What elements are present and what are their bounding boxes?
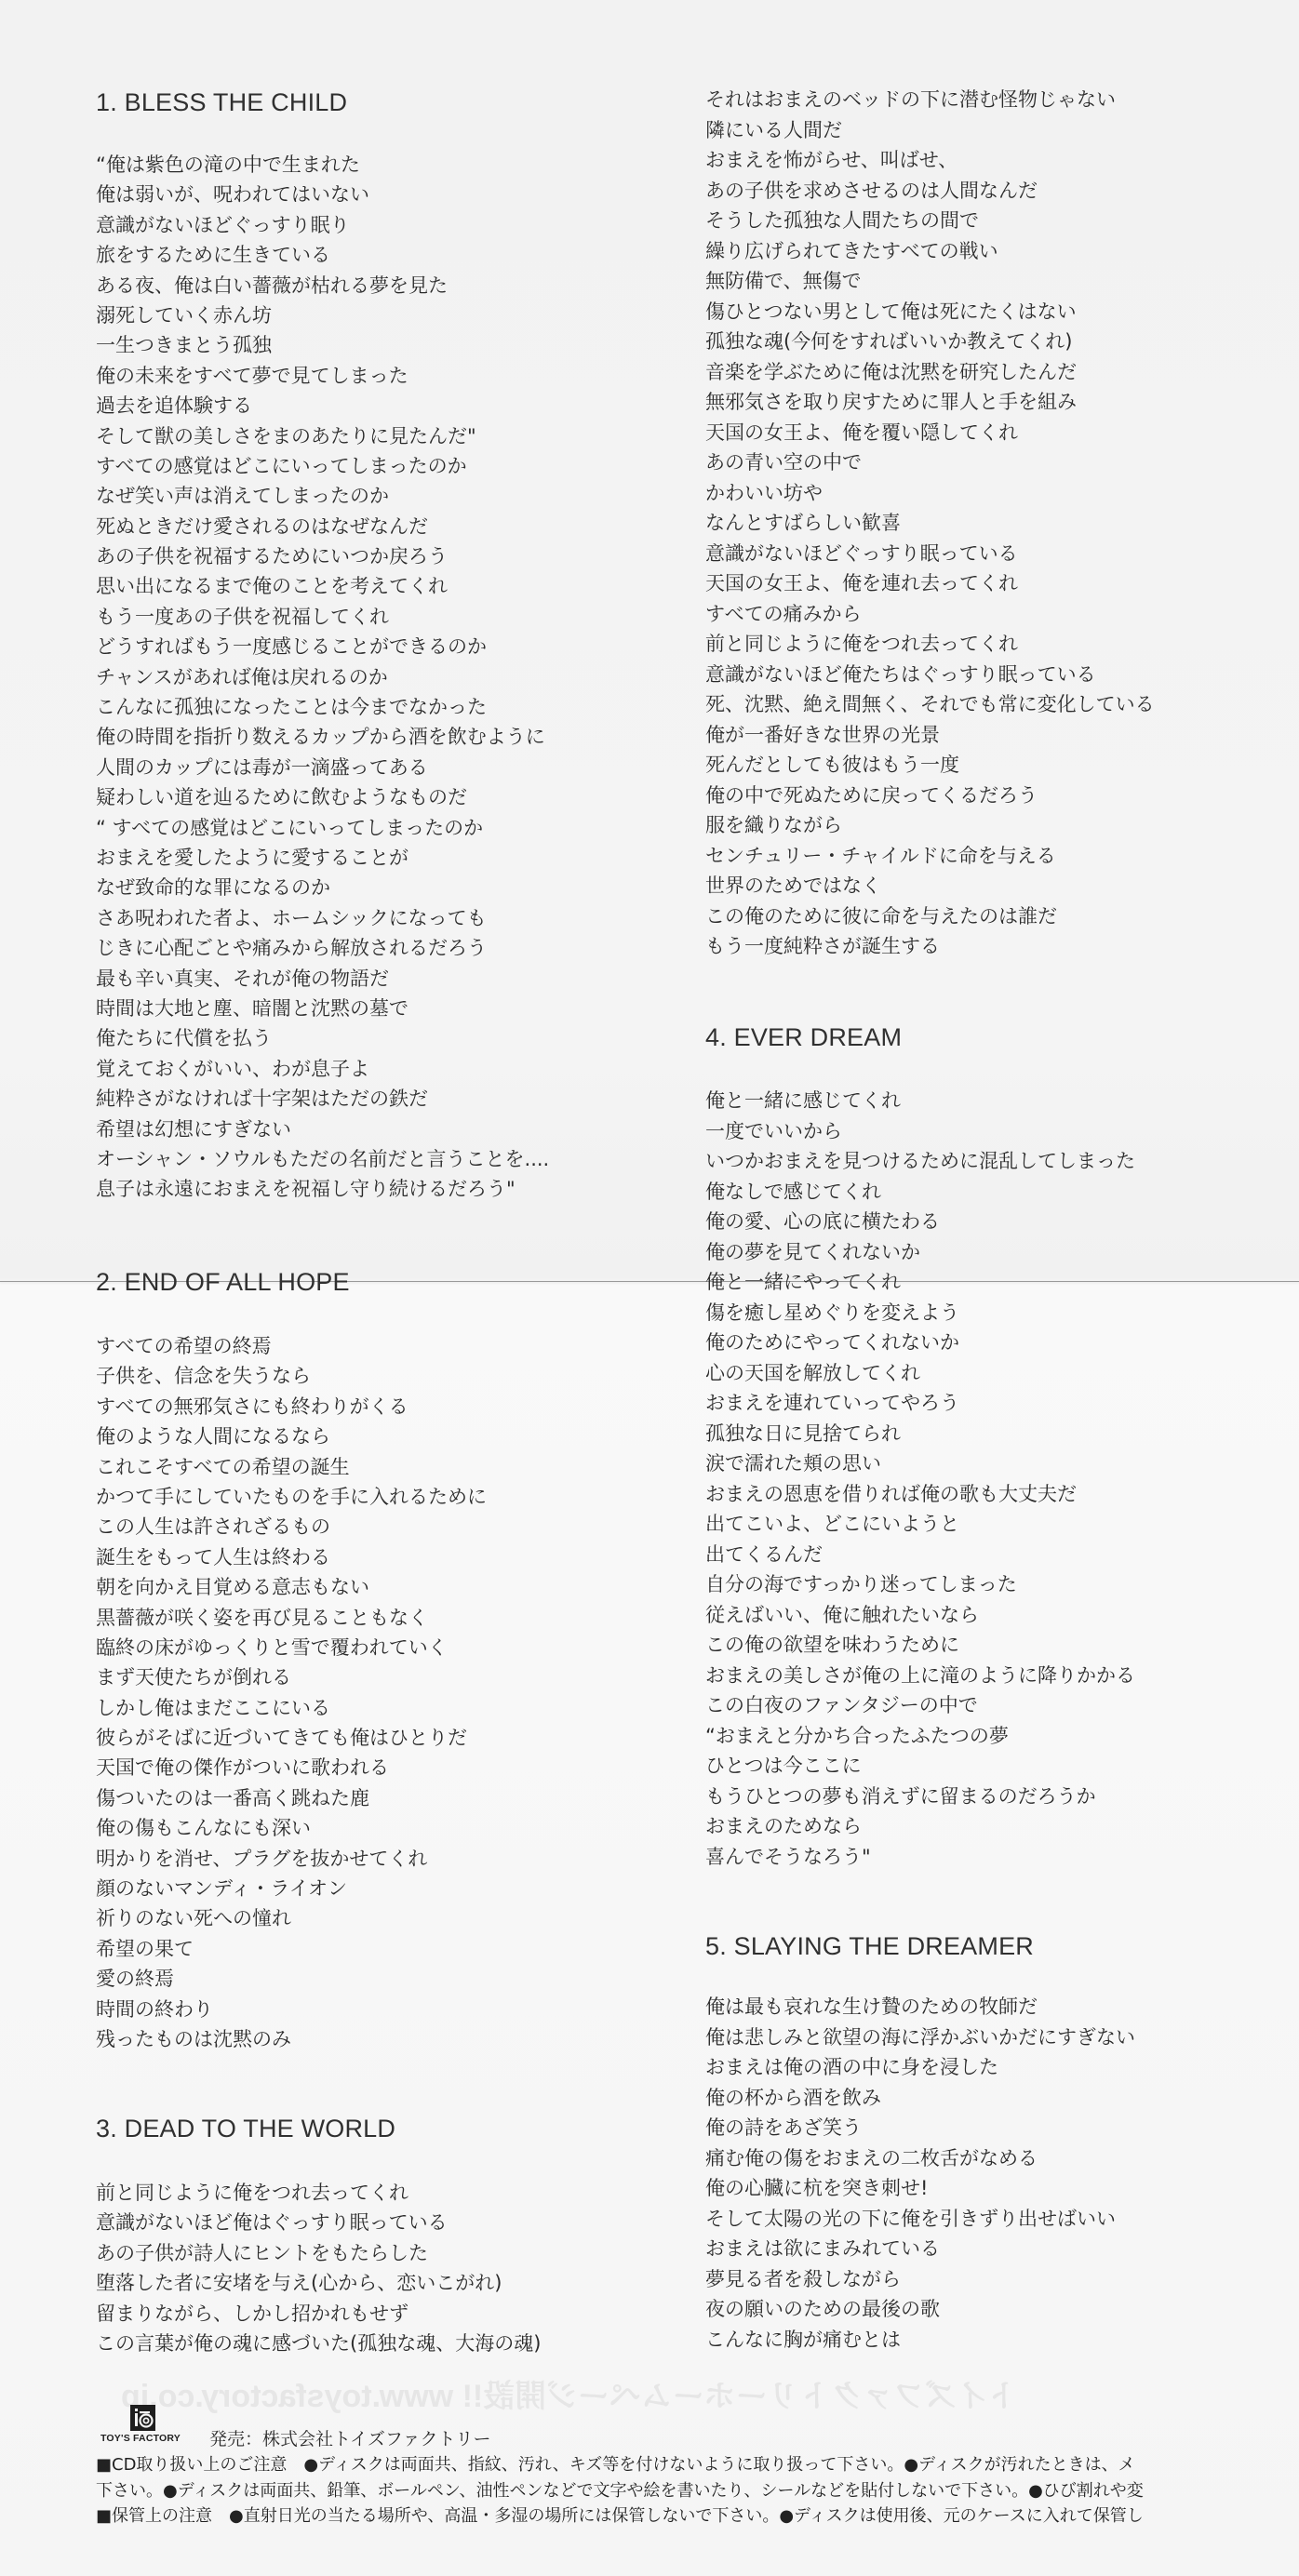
publisher-credit: 発売：株式会社トイズファクトリー — [209, 2426, 490, 2452]
lyric-line: まず天使たちが倒れる — [96, 1662, 487, 1692]
lyric-line: おまえを怖がらせ、叫ばせ、 — [705, 145, 1155, 176]
lyric-line: 時間の終わり — [96, 1995, 487, 2024]
lyric-line: 痛む俺の傷をおまえの二枚舌がなめる — [705, 2143, 1135, 2174]
lyric-line: 息子は永遠におまえを祝福し守り続けるだろう" — [96, 1174, 549, 1204]
lyric-line: 希望は幻想にすぎない — [96, 1114, 549, 1144]
lyric-line: “俺は紫色の滝の中で生まれた — [96, 150, 549, 180]
lyric-line: あの青い空の中で — [705, 447, 1155, 478]
lyric-line: 死んだとしても彼はもう一度 — [705, 750, 1155, 781]
lyric-line: 傷ひとつない男として俺は死にたくはない — [705, 297, 1155, 327]
lyric-line: 堕落した者に安堵を与え(心から、恋いこがれ) — [96, 2268, 541, 2298]
lyric-line: 意識がないほどぐっすり眠っている — [705, 539, 1155, 569]
lyric-line: 天国の女王よ、俺を連れ去ってくれ — [705, 568, 1155, 599]
lyric-line: 俺と一緒に感じてくれ — [705, 1086, 1135, 1116]
lyric-line: おまえは欲にまみれている — [705, 2234, 1135, 2264]
lyric-line: 明かりを消せ、プラグを抜かせてくれ — [96, 1844, 487, 1874]
notice-line: ■CD取り扱い上のご注意 ●ディスクは両面共、指紋、汚れ、キズ等を付けないように… — [96, 2452, 1299, 2478]
lyric-line: 世界のためではなく — [705, 871, 1155, 901]
lyric-line: 俺の傷もこんなにも深い — [96, 1813, 487, 1843]
lyric-line: 俺の杯から酒を飲み — [705, 2083, 1135, 2114]
lyric-line: 一度でいいから — [705, 1116, 1135, 1147]
lyric-line: 溺死していく赤ん坊 — [96, 300, 549, 330]
lyric-line: 意識がないほどぐっすり眠り — [96, 210, 549, 240]
lyric-line: 出てくるんだ — [705, 1540, 1135, 1570]
song-4-lyrics: 俺と一緒に感じてくれ一度でいいからいつかおまえを見つけるために混乱してしまった俺… — [705, 1086, 1135, 1872]
song-5: 5. SLAYING THE DREAMER — [705, 1931, 1034, 1961]
lyric-line: 俺の時間を指折り数えるカップから酒を飲むように — [96, 722, 549, 752]
lyric-line: すべての感覚はどこにいってしまったのか — [96, 451, 549, 481]
lyric-line: もうひとつの夢も消えずに留まるのだろうか — [705, 1782, 1135, 1812]
lyric-line: おまえの美しさが俺の上に滝のように降りかかる — [705, 1661, 1135, 1691]
lyric-line: “ すべての感覚はどこにいってしまったのか — [96, 813, 549, 843]
lyric-line: この俺のために彼に命を与えたのは誰だ — [705, 901, 1155, 932]
lyric-line: なぜ笑い声は消えてしまったのか — [96, 481, 549, 511]
lyric-line: 誕生をもって人生は終わる — [96, 1542, 487, 1572]
lyric-line: 俺たちに代償を払う — [96, 1023, 549, 1053]
lyric-line: 時間は大地と塵、暗闇と沈黙の墓で — [96, 994, 549, 1023]
lyric-line: 涙で濡れた頬の思い — [705, 1448, 1135, 1479]
lyric-line: ひとつは今ここに — [705, 1751, 1135, 1782]
lyric-line: そうした孤独な人間たちの間で — [705, 206, 1155, 236]
lyric-line: かつて手にしていたものを手に入れるために — [96, 1482, 487, 1512]
notice-line: ■保管上の注意 ●直射日光の当たる場所や、高温・多湿の場所には保管しないで下さい… — [96, 2503, 1299, 2529]
lyric-line: 出てこいよ、どこにいようと — [705, 1509, 1135, 1540]
lyric-line: 隣にいる人間だ — [705, 115, 1155, 146]
song-title: 3. DEAD TO THE WORLD — [96, 2114, 395, 2143]
lyric-line: さあ呪われた者よ、ホームシックになっても — [96, 903, 549, 933]
lyric-line: 俺は弱いが、呪われてはいない — [96, 180, 549, 209]
lyric-line: すべての無邪気さにも終わりがくる — [96, 1392, 487, 1421]
lyrics-booklet-page: トイズファクトリーホームページ開設!! www.toysfactory.co.j… — [0, 0, 1299, 2576]
lyric-line: どうすればもう一度感じることができるのか — [96, 632, 549, 661]
lyric-line: 朝を向かえ目覚める意志もない — [96, 1572, 487, 1602]
lyric-line: おまえの恩恵を借りれば俺の歌も大丈夫だ — [705, 1479, 1135, 1510]
lyric-line: ある夜、俺は白い薔薇が枯れる夢を見た — [96, 271, 549, 300]
lyric-line: 天国の女王よ、俺を覆い隠してくれ — [705, 418, 1155, 448]
lyric-line: 人間のカップには毒が一滴盛ってある — [96, 753, 549, 782]
song-title: 2. END OF ALL HOPE — [96, 1267, 350, 1297]
lyric-line: 俺の夢を見てくれないか — [705, 1237, 1135, 1268]
lyric-line: 愛の終焉 — [96, 1964, 487, 1994]
lyric-line: 前と同じように俺をつれ去ってくれ — [96, 2178, 541, 2208]
lyric-line: 俺が一番好きな世界の光景 — [705, 720, 1155, 751]
lyric-line: 傷ついたのは一番高く跳ねた鹿 — [96, 1783, 487, 1813]
lyric-line: 孤独な魂(今何をすればいいか教えてくれ) — [705, 327, 1155, 357]
lyric-line: そして獣の美しさをまのあたりに見たんだ" — [96, 421, 549, 451]
song-2: 2. END OF ALL HOPE — [96, 1267, 350, 1297]
lyric-line: 残ったものは沈黙のみ — [96, 2024, 487, 2054]
lyric-line: しかし俺はまだここにいる — [96, 1693, 487, 1723]
lyric-line: いつかおまえを見つけるために混乱してしまった — [705, 1146, 1135, 1177]
lyric-line: もう一度純粋さが誕生する — [705, 931, 1155, 962]
lyric-line: すべての痛みから — [705, 599, 1155, 630]
lyric-line: 俺と一緒にやってくれ — [705, 1267, 1135, 1298]
song-5-lyrics: 俺は最も哀れな生け贄のための牧師だ俺は悲しみと欲望の海に浮かぶいかだにすぎないお… — [705, 1992, 1135, 2355]
lyric-line: あの子供が詩人にヒントをもたらした — [96, 2238, 541, 2268]
lyric-line: 彼らがそばに近づいてきても俺はひとりだ — [96, 1723, 487, 1753]
lyric-line: 純粋さがなければ十字架はただの鉄だ — [96, 1084, 549, 1114]
lyric-line: 俺は最も哀れな生け贄のための牧師だ — [705, 1992, 1135, 2022]
lyric-line: 子供を、信念を失うなら — [96, 1361, 487, 1391]
lyric-line: おまえを愛したように愛することが — [96, 843, 549, 873]
lyric-line: 俺は悲しみと欲望の海に浮かぶいかだにすぎない — [705, 2022, 1135, 2053]
lyric-line: そして太陽の光の下に俺を引きずり出せばいい — [705, 2204, 1135, 2235]
song-3-lyrics-continued: それはおまえのベッドの下に潜む怪物じゃない隣にいる人間だおまえを怖がらせ、叫ばせ… — [705, 85, 1155, 962]
lyric-line: この白夜のファンタジーの中で — [705, 1690, 1135, 1721]
lyric-line: 死ぬときだけ愛されるのはなぜなんだ — [96, 512, 549, 541]
lyric-line: 一生つきまとう孤独 — [96, 330, 549, 360]
lyric-line: センチュリー・チャイルドに命を与える — [705, 841, 1155, 872]
song-3: 3. DEAD TO THE WORLD — [96, 2114, 395, 2143]
lyric-line: “おまえと分かち合ったふたつの夢 — [705, 1721, 1135, 1752]
lyric-line: この人生は許されざるもの — [96, 1512, 487, 1542]
lyric-line: 臨終の床がゆっくりと雪で覆われていく — [96, 1633, 487, 1662]
lyric-line: それはおまえのベッドの下に潜む怪物じゃない — [705, 85, 1155, 115]
lyric-line: 過去を追体験する — [96, 391, 549, 420]
lyric-line: 俺なしで感じてくれ — [705, 1177, 1135, 1208]
lyric-line: 俺の中で死ぬために戻ってくるだろう — [705, 781, 1155, 811]
lyric-line: 心の天国を解放してくれ — [705, 1358, 1135, 1389]
lyric-line: 夜の願いのための最後の歌 — [705, 2294, 1135, 2325]
lyric-line: この言葉が俺の魂に感づいた(孤独な魂、大海の魂) — [96, 2329, 541, 2358]
lyric-line: 最も辛い真実、それが俺の物語だ — [96, 964, 549, 994]
lyric-line: 思い出になるまで俺のことを考えてくれ — [96, 571, 549, 601]
lyric-line: あの子供を求めさせるのは人間なんだ — [705, 176, 1155, 207]
song-1: 1. BLESS THE CHILD — [96, 87, 347, 117]
lyric-line: じきに心配ごとや痛みから解放されるだろう — [96, 933, 549, 963]
lyric-line: 俺の未来をすべて夢で見てしまった — [96, 361, 549, 391]
lyric-line: 俺のためにやってくれないか — [705, 1328, 1135, 1358]
song-4: 4. EVER DREAM — [705, 1022, 902, 1052]
lyric-line: 夢見る者を殺しながら — [705, 2264, 1135, 2295]
lyric-line: こんなに胸が痛むとは — [705, 2325, 1135, 2356]
lyric-line: 旅をするために生きている — [96, 240, 549, 270]
song-3-lyrics: 前と同じように俺をつれ去ってくれ意識がないほど俺はぐっすり眠っているあの子供が詩… — [96, 2178, 541, 2358]
lyric-line: 俺のような人間になるなら — [96, 1421, 487, 1451]
lyric-line: なぜ致命的な罪になるのか — [96, 873, 549, 902]
lyric-line: 意識がないほど俺はぐっすり眠っている — [96, 2208, 541, 2237]
lyric-line: 前と同じように俺をつれ去ってくれ — [705, 629, 1155, 660]
show-through-text: トイズファクトリーホームページ開設!! www.toysfactory.co.j… — [121, 2370, 1018, 2416]
lyric-line: おまえを連れていってやろう — [705, 1388, 1135, 1419]
lyric-line: 意識がないほど俺たちはぐっすり眠っている — [705, 660, 1155, 690]
logo-wordmark: TOY'S FACTORY — [100, 2433, 181, 2444]
lyric-line: 天国で俺の傑作がついに歌われる — [96, 1753, 487, 1782]
lyric-line: 自分の海ですっかり迷ってしまった — [705, 1569, 1135, 1600]
lyric-line: 無防備で、無傷で — [705, 266, 1155, 297]
toys-factory-logo-icon — [130, 2405, 155, 2431]
cd-care-notices: ■CD取り扱い上のご注意 ●ディスクは両面共、指紋、汚れ、キズ等を付けないように… — [96, 2452, 1299, 2529]
lyric-line: おまえのためなら — [705, 1811, 1135, 1842]
song-1-lyrics: “俺は紫色の滝の中で生まれた俺は弱いが、呪われてはいない意識がないほどぐっすり眠… — [96, 150, 549, 1205]
song-title: 4. EVER DREAM — [705, 1022, 902, 1052]
lyric-line: なんとすばらしい歓喜 — [705, 508, 1155, 539]
lyric-line: 喜んでそうなろう" — [705, 1842, 1135, 1873]
lyric-line: すべての希望の終焉 — [96, 1331, 487, 1361]
lyric-line: 従えばいい、俺に触れたいなら — [705, 1600, 1135, 1631]
lyric-line: もう一度あの子供を祝福してくれ — [96, 602, 549, 632]
lyric-line: 希望の果て — [96, 1934, 487, 1964]
notice-line: 下さい。●ディスクは両面共、鉛筆、ボールペン、油性ペンなどで文字や絵を書いたり、… — [96, 2478, 1299, 2504]
lyric-line: 音楽を学ぶために俺は沈黙を研究したんだ — [705, 357, 1155, 388]
lyric-line: 死、沈黙、絶え間無く、それでも常に変化している — [705, 689, 1155, 720]
lyric-line: 俺の詩をあざ笑う — [705, 2113, 1135, 2143]
lyric-line: 無邪気さを取り戻すために罪人と手を組み — [705, 387, 1155, 418]
lyric-line: 留まりながら、しかし招かれもせず — [96, 2299, 541, 2329]
lyric-line: あの子供を祝福するためにいつか戻ろう — [96, 541, 549, 571]
lyric-line: この俺の欲望を味わうために — [705, 1630, 1135, 1661]
song-2-lyrics: すべての希望の終焉子供を、信念を失うならすべての無邪気さにも終わりがくる俺のよう… — [96, 1331, 487, 2054]
lyric-line: 祈りのない死への憧れ — [96, 1903, 487, 1933]
lyric-line: これこそすべての希望の誕生 — [96, 1452, 487, 1482]
lyric-line: チャンスがあれば俺は戻れるのか — [96, 662, 549, 692]
lyric-line: 覚えておくがいい、わが息子よ — [96, 1054, 549, 1084]
song-title: 1. BLESS THE CHILD — [96, 87, 347, 117]
lyric-line: 傷を癒し星めぐりを変えよう — [705, 1298, 1135, 1328]
lyric-line: 疑わしい道を辿るために飲むようなものだ — [96, 782, 549, 812]
lyric-line: おまえは俺の酒の中に身を浸した — [705, 2052, 1135, 2083]
lyric-line: かわいい坊や — [705, 478, 1155, 509]
lyric-line: 俺の愛、心の底に横たわる — [705, 1207, 1135, 1237]
lyric-line: 黒薔薇が咲く姿を再び見ることもなく — [96, 1603, 487, 1633]
lyric-line: オーシャン・ソウルもただの名前だと言うことを.... — [96, 1144, 549, 1174]
lyric-line: 俺の心臓に杭を突き刺せ! — [705, 2173, 1135, 2204]
lyric-line: 服を織りながら — [705, 810, 1155, 841]
lyric-line: 孤独な日に見捨てられ — [705, 1419, 1135, 1449]
lyric-line: こんなに孤独になったことは今までなかった — [96, 692, 549, 722]
lyric-line: 顔のないマンディ・ライオン — [96, 1874, 487, 1903]
song-title: 5. SLAYING THE DREAMER — [705, 1931, 1034, 1961]
lyric-line: 繰り広げられてきたすべての戦い — [705, 236, 1155, 267]
